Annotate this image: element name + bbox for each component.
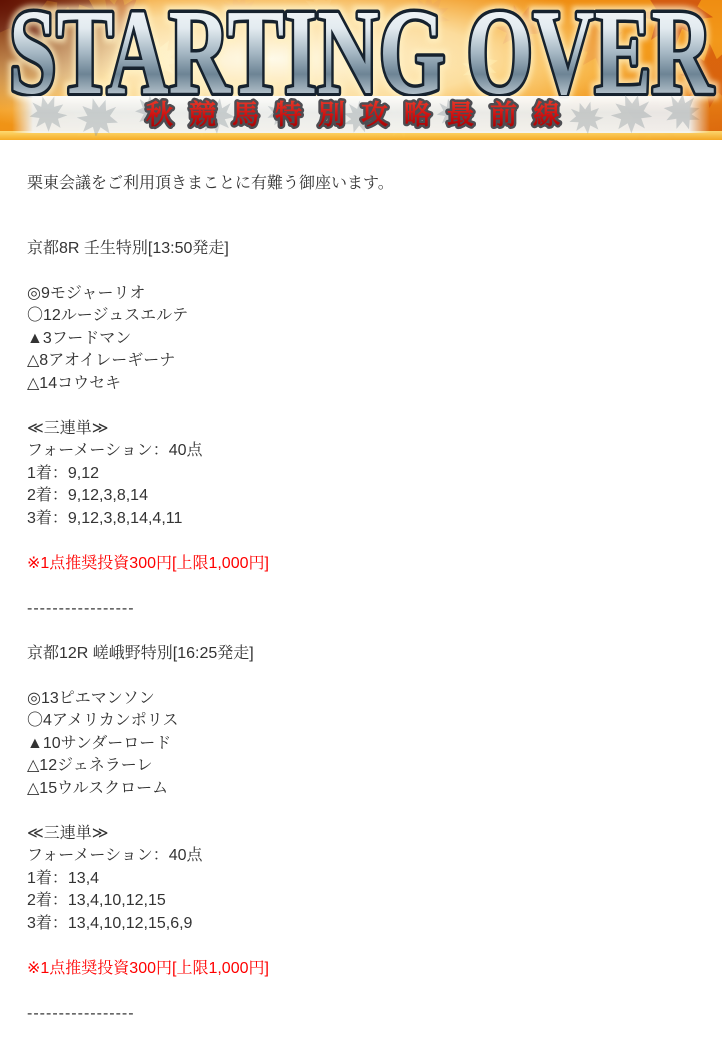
- greeting-text: 栗東会議をご利用頂きまことに有難う御座います。: [27, 173, 702, 196]
- bet-type-label: ≪三連単≫: [27, 418, 702, 441]
- formation-line: フォーメーション：40点: [27, 440, 702, 463]
- pick-line-tanana: ▲3フードマン: [27, 328, 702, 351]
- race-section-kyoto-8r: 京都8R 壬生特別[13:50発走] ◎9モジャーリオ 〇12ルージュスエルテ …: [27, 238, 702, 643]
- investment-note: ※1点推奨投資300円[上限1,000円]: [27, 553, 702, 576]
- spacer: [27, 395, 702, 418]
- race-section-kyoto-12r: 京都12R 嵯峨野特別[16:25発走] ◎13ピエマンソン 〇4アメリカンポリ…: [27, 643, 702, 1026]
- pick-line-taikou: 〇4アメリカンポリス: [27, 710, 702, 733]
- race-header: 京都8R 壬生特別[13:50発走]: [27, 238, 702, 261]
- investment-note: ※1点推奨投資300円[上限1,000円]: [27, 958, 702, 981]
- banner-art: STARTING OVER STARTING OVER STARTING OVE…: [0, 0, 722, 140]
- pick-line-renka-2: △14コウセキ: [27, 373, 702, 396]
- second-place-line: 2着：13,4,10,12,15: [27, 890, 702, 913]
- first-place-line: 1着：13,4: [27, 868, 702, 891]
- spacer: [27, 980, 702, 1003]
- pick-line-taikou: 〇12ルージュスエルテ: [27, 305, 702, 328]
- third-place-line: 3着：9,12,3,8,14,4,11: [27, 508, 702, 531]
- spacer: [27, 260, 702, 283]
- formation-line: フォーメーション：40点: [27, 845, 702, 868]
- separator-line: -----------------: [27, 1003, 702, 1026]
- first-place-line: 1着：9,12: [27, 463, 702, 486]
- pick-line-tanana: ▲10サンダーロード: [27, 733, 702, 756]
- third-place-line: 3着：13,4,10,12,15,6,9: [27, 913, 702, 936]
- content: 栗東会議をご利用頂きまことに有難う御座います。 京都8R 壬生特別[13:50発…: [0, 140, 722, 1025]
- spacer: [27, 800, 702, 823]
- spacer: [27, 575, 702, 598]
- pick-line-honmei: ◎13ピエマンソン: [27, 688, 702, 711]
- banner: STARTING OVER STARTING OVER STARTING OVE…: [0, 0, 722, 140]
- pick-line-honmei: ◎9モジャーリオ: [27, 283, 702, 306]
- pick-line-renka-1: △12ジェネラーレ: [27, 755, 702, 778]
- separator-line: -----------------: [27, 598, 702, 621]
- race-header: 京都12R 嵯峨野特別[16:25発走]: [27, 643, 702, 666]
- spacer: [27, 665, 702, 688]
- spacer: [27, 530, 702, 553]
- page: STARTING OVER STARTING OVER STARTING OVE…: [0, 0, 722, 1025]
- banner-subtitle: 秋競馬特別攻略最前線: [146, 99, 576, 130]
- spacer: [27, 196, 702, 238]
- bet-type-label: ≪三連単≫: [27, 823, 702, 846]
- pick-line-renka-1: △8アオイレーギーナ: [27, 350, 702, 373]
- spacer: [27, 935, 702, 958]
- pick-line-renka-2: △15ウルスクローム: [27, 778, 702, 801]
- spacer: [27, 620, 702, 643]
- second-place-line: 2着：9,12,3,8,14: [27, 485, 702, 508]
